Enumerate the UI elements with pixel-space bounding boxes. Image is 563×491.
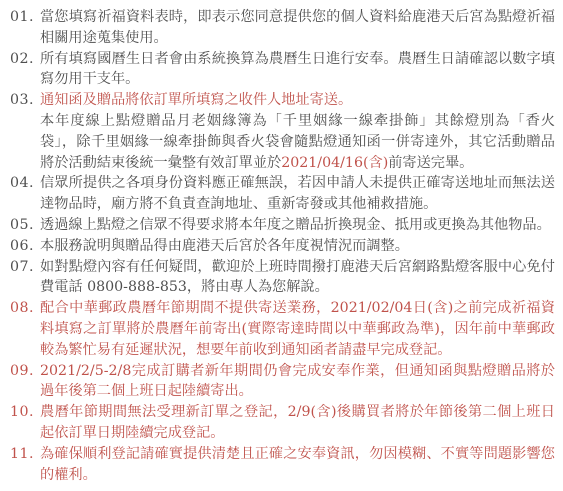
notice-item: 11.為確保順利登記請確實提供清楚且正確之安奉資訊，勿因模糊、不實等問題影響您的… <box>10 444 555 486</box>
notice-number: 01. <box>10 7 40 28</box>
notice-text: 通知函及贈品將依訂單所填寫之收件人地址寄送。本年度線上點燈贈品月老姻緣簿為「千里… <box>40 90 555 173</box>
notice-text: 如對點燈內容有任何疑問，歡迎於上班時間撥打鹿港天后宮網路點燈客服中心免付費電話 … <box>40 257 555 299</box>
notice-item: 01.當您填寫祈福資料表時，即表示您同意提供您的個人資料給鹿港天后宮為點燈祈福相… <box>10 7 555 49</box>
notice-item: 08.配合中華郵政農曆年節期間不提供寄送業務，2021/02/04日(含)之前完… <box>10 298 555 360</box>
notice-text: 信眾所提供之各項身份資料應正確無誤，若因申請人未提供正確寄送地址而無法送達物品時… <box>40 173 555 215</box>
notice-text: 農曆年節期間無法受理新訂單之登記，2/9(含)後購買者將於年節後第二個上班日起依… <box>40 402 555 444</box>
notice-list: 01.當您填寫祈福資料表時，即表示您同意提供您的個人資料給鹿港天后宮為點燈祈福相… <box>10 7 555 485</box>
notice-text: 所有填寫國曆生日者會由系統換算為農曆生日進行安奉。農曆生日請確認以數字填寫勿用干… <box>40 49 555 91</box>
notice-text: 配合中華郵政農曆年節期間不提供寄送業務，2021/02/04日(含)之前完成祈福… <box>40 298 555 360</box>
notice-item: 10.農曆年節期間無法受理新訂單之登記，2/9(含)後購買者將於年節後第二個上班… <box>10 402 555 444</box>
notice-text-segment: 如對點燈內容有任何疑問，歡迎於上班時間撥打鹿港天后宮網路點燈客服中心免付費電話 … <box>40 259 555 296</box>
notice-number: 03. <box>10 90 40 111</box>
notice-document: 01.當您填寫祈福資料表時，即表示您同意提供您的個人資料給鹿港天后宮為點燈祈福相… <box>0 0 563 491</box>
notice-text-segment: 信眾所提供之各項身份資料應正確無誤，若因申請人未提供正確寄送地址而無法送達物品時… <box>40 175 555 212</box>
notice-number: 09. <box>10 361 40 382</box>
notice-text: 本服務說明與贈品得由鹿港天后宮於各年度視情況而調整。 <box>40 236 555 257</box>
notice-text: 2021/2/5-2/8完成訂購者新年期間仍會完成安奉作業，但通知函與點燈贈品將… <box>40 361 555 403</box>
notice-text-segment: 通知函及贈品將依訂單所填寫之收件人地址寄送。 <box>40 92 352 108</box>
notice-text-segment: 所有填寫國曆生日者會由系統換算為農曆生日進行安奉。農曆生日請確認以數字填寫勿用干… <box>40 51 555 88</box>
notice-number: 04. <box>10 173 40 194</box>
notice-number: 08. <box>10 298 40 319</box>
notice-text-segment: 本服務說明與贈品得由鹿港天后宮於各年度視情況而調整。 <box>40 238 409 254</box>
notice-text-segment: 前寄送完畢。 <box>388 155 473 171</box>
notice-item: 06.本服務說明與贈品得由鹿港天后宮於各年度視情況而調整。 <box>10 236 555 257</box>
notice-text-segment: 當您填寫祈福資料表時，即表示您同意提供您的個人資料給鹿港天后宮為點燈祈福相關用途… <box>40 9 555 46</box>
notice-number: 02. <box>10 49 40 70</box>
notice-number: 11. <box>10 444 40 465</box>
notice-text-segment: 農曆年節期間無法受理新訂單之登記，2/9(含)後購買者將於年節後第二個上班日起依… <box>40 404 555 441</box>
notice-item: 04.信眾所提供之各項身份資料應正確無誤，若因申請人未提供正確寄送地址而無法送達… <box>10 173 555 215</box>
notice-item: 07.如對點燈內容有任何疑問，歡迎於上班時間撥打鹿港天后宮網路點燈客服中心免付費… <box>10 257 555 299</box>
notice-number: 07. <box>10 257 40 278</box>
notice-item: 05.透過線上點燈之信眾不得要求將本年度之贈品折換現金、抵用或更換為其他物品。 <box>10 215 555 236</box>
notice-item: 03.通知函及贈品將依訂單所填寫之收件人地址寄送。本年度線上點燈贈品月老姻緣簿為… <box>10 90 555 173</box>
notice-item: 02.所有填寫國曆生日者會由系統換算為農曆生日進行安奉。農曆生日請確認以數字填寫… <box>10 49 555 91</box>
notice-number: 06. <box>10 236 40 257</box>
notice-text-segment: 2021/2/5-2/8完成訂購者新年期間仍會完成安奉作業，但通知函與點燈贈品將… <box>40 363 555 400</box>
notice-text-segment: 配合中華郵政農曆年節期間不提供寄送業務，2021/02/04日(含)之前完成祈福… <box>40 300 555 358</box>
notice-text: 透過線上點燈之信眾不得要求將本年度之贈品折換現金、抵用或更換為其他物品。 <box>40 215 555 236</box>
notice-item: 09.2021/2/5-2/8完成訂購者新年期間仍會完成安奉作業，但通知函與點燈… <box>10 361 555 403</box>
notice-text-segment: 為確保順利登記請確實提供清楚且正確之安奉資訊，勿因模糊、不實等問題影響您的權利。 <box>40 446 555 483</box>
notice-text-segment: 2021/04/16(含) <box>281 155 388 171</box>
notice-text: 為確保順利登記請確實提供清楚且正確之安奉資訊，勿因模糊、不實等問題影響您的權利。 <box>40 444 555 486</box>
notice-text: 當您填寫祈福資料表時，即表示您同意提供您的個人資料給鹿港天后宮為點燈祈福相關用途… <box>40 7 555 49</box>
notice-number: 10. <box>10 402 40 423</box>
notice-text-segment: 透過線上點燈之信眾不得要求將本年度之贈品折換現金、抵用或更換為其他物品。 <box>40 217 551 233</box>
notice-number: 05. <box>10 215 40 236</box>
